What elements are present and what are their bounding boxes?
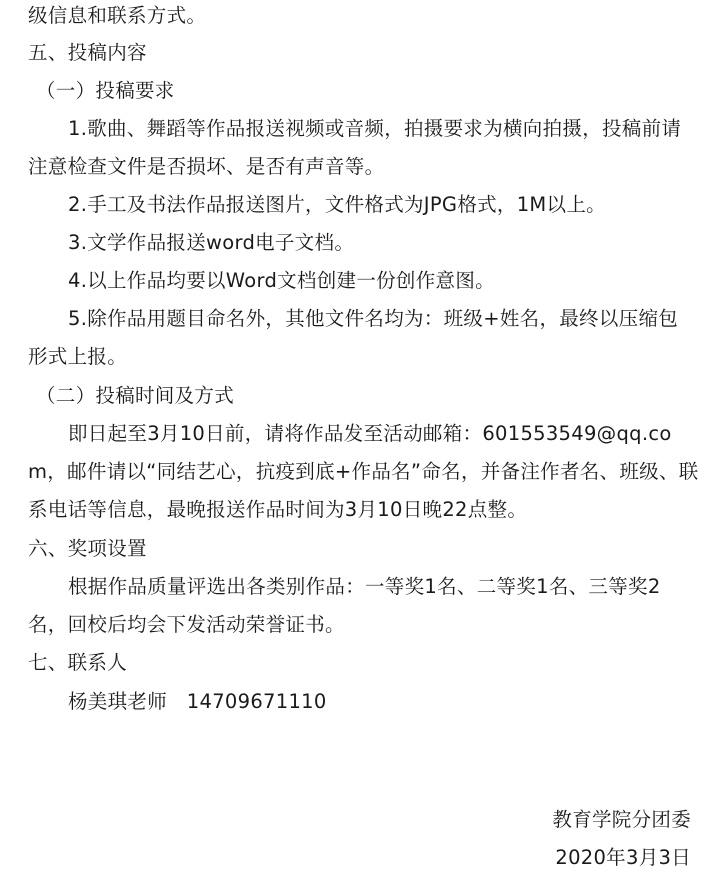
text-line: 系电话等信息，最晚报送作品时间为3月10日晚22点整。 [28,498,527,522]
text-line: 根据作品质量评选出各类别作品：一等奖1名、二等奖1名、三等奖2 [68,575,661,599]
signature-date: 2020年3月3日 [555,846,691,870]
text-line: 1.歌曲、舞蹈等作品报送视频或音频，拍摄要求为横向拍摄，投稿前请 [68,117,681,141]
section-heading-7: 七、联系人 [28,651,127,675]
section-heading-5: 五、投稿内容 [28,41,147,65]
signature-org: 教育学院分团委 [552,808,691,832]
text-line: m，邮件请以“同结艺心，抗疫到底+作品名”命名，并备注作者名、班级、联 [28,460,699,484]
subsection-heading-1: （一）投稿要求 [36,79,175,103]
text-line: 级信息和联系方式。 [28,4,206,28]
text-line: 5.除作品用题目命名外，其他文件名均为：班级+姓名，最终以压缩包 [68,307,678,331]
text-line: 3.文学作品报送word电子文档。 [68,231,354,255]
contact-line: 杨美琪老师 14709671110 [68,690,327,714]
text-line: 注意检查文件是否损坏、是否有声音等。 [28,155,384,179]
text-line: 4.以上作品均要以Word文档创建一份创作意图。 [68,269,495,293]
subsection-heading-2: （二）投稿时间及方式 [36,384,234,408]
text-line: 名，回校后均会下发活动荣誉证书。 [28,613,345,637]
text-line: 即日起至3月10日前，请将作品发至活动邮箱：601553549@qq.co [68,422,672,446]
text-line: 2.手工及书法作品报送图片，文件格式为JPG格式，1M以上。 [68,193,606,217]
text-line: 形式上报。 [28,345,127,369]
section-heading-6: 六、奖项设置 [28,537,147,561]
